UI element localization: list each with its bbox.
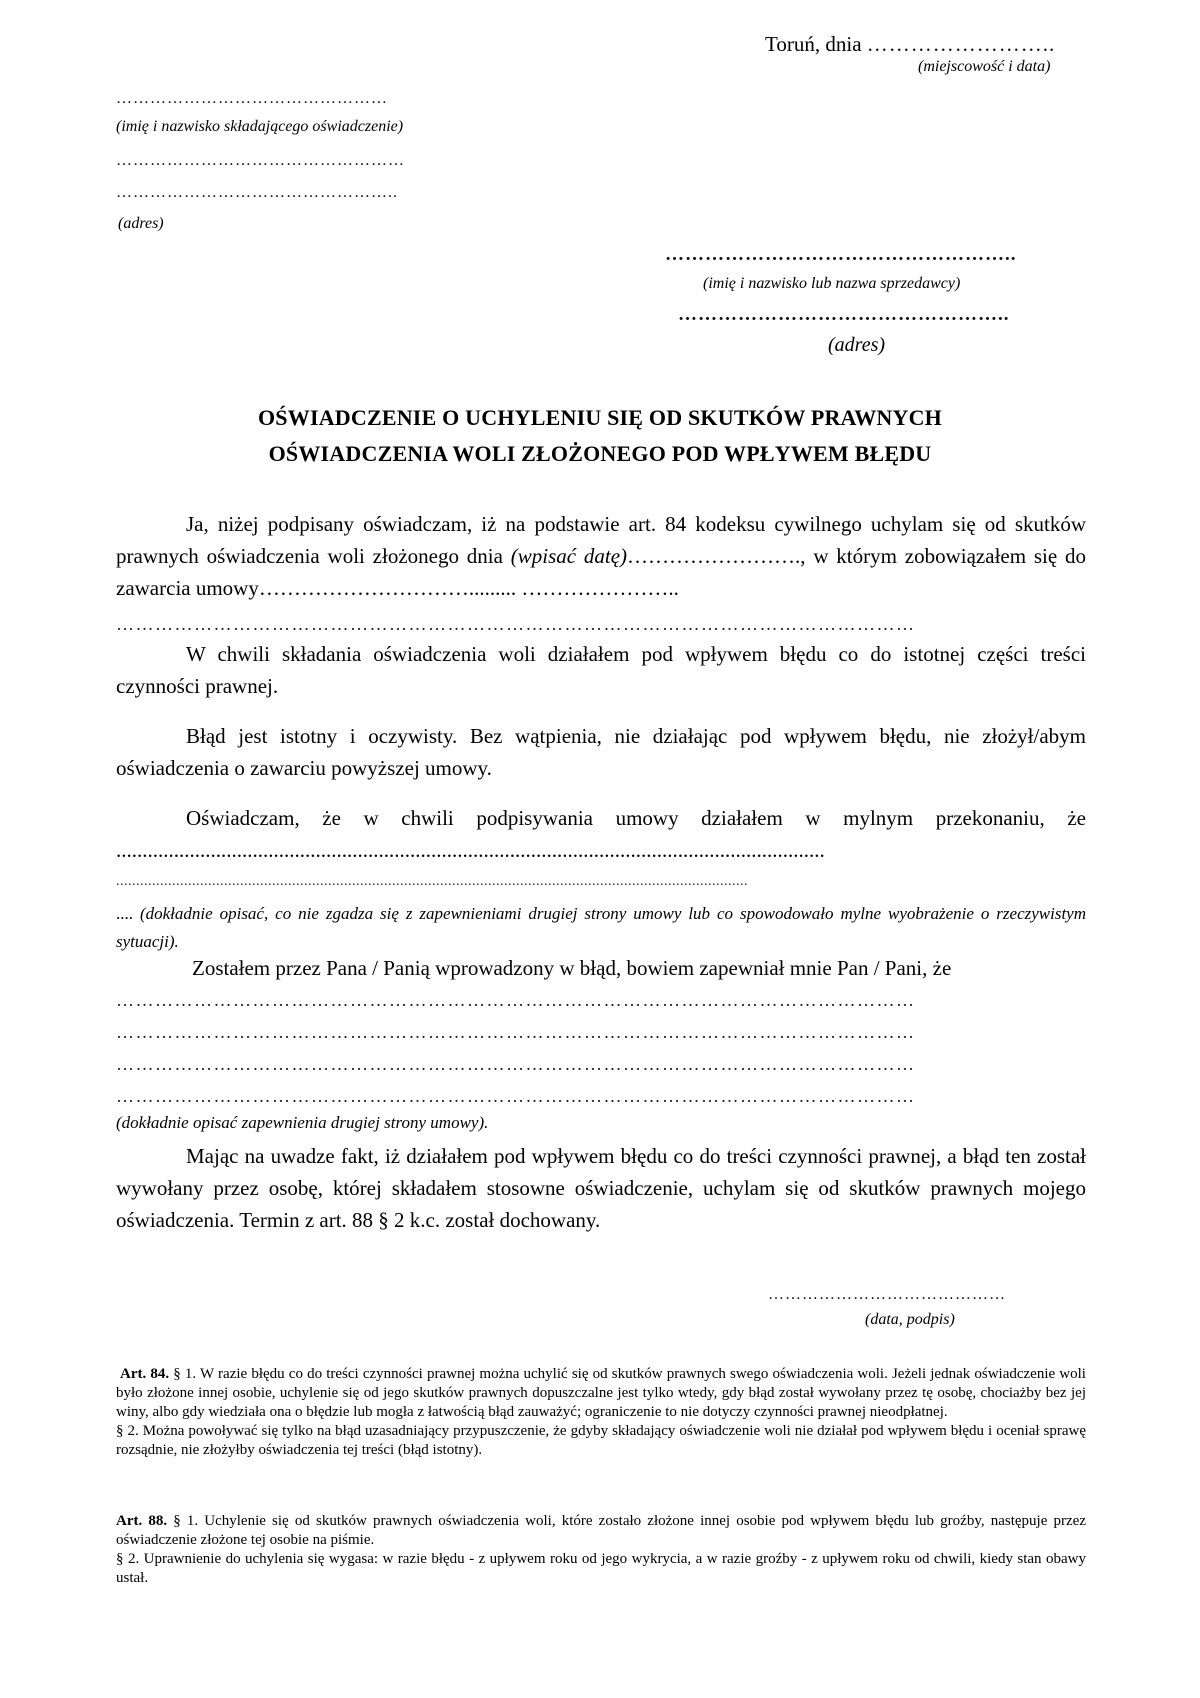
article-84-text: § 1. W razie błędu co do treści czynnośc…: [116, 1366, 1086, 1420]
article-84-label: Art. 84.: [120, 1366, 169, 1382]
declarant-name-caption: (imię i nazwisko składającego oświadczen…: [116, 118, 403, 136]
seller-name-field[interactable]: ……………………………………………..: [665, 244, 1017, 266]
place-date-caption: (miejscowość i data): [918, 58, 1050, 76]
mistaken-belief-fill-line[interactable]: ........................................…: [116, 874, 1086, 890]
article-88-label: Art. 88.: [116, 1513, 167, 1529]
declarant-address-caption: (adres): [118, 215, 164, 233]
law-article-84-p2: § 2. Można powoływać się tylko na błąd u…: [116, 1422, 1086, 1460]
paragraph-conclusion: Mając na uwadze fakt, iż działałem pod w…: [116, 1140, 1086, 1236]
mistaken-belief-hint: .... (dokładnie opisać, co nie zgadza si…: [116, 900, 1086, 956]
seller-name-caption: (imię i nazwisko lub nazwa sprzedawcy): [703, 275, 960, 293]
paragraph-essential-error: Błąd jest istotny i oczywisty. Bez wątpi…: [116, 720, 1086, 784]
assurances-fill-line-3[interactable]: ……………………………………………………………………………………………………………: [116, 1054, 1086, 1075]
hint-text: (dokładnie opisać, co nie zgadza się z z…: [116, 904, 1086, 951]
paragraph-declaration: Ja, niżej podpisany oświadczam, iż na po…: [116, 508, 1086, 604]
article-88-text: § 1. Uchylenie się od skutków prawnych o…: [116, 1513, 1086, 1548]
paragraph-mistaken-belief[interactable]: Oświadczam, że w chwili podpisywania umo…: [116, 802, 1086, 866]
place-date-prefix: Toruń, dnia: [765, 32, 862, 56]
place-date-line: Toruń, dnia ……………………..: [765, 28, 1055, 60]
signature-caption: (data, podpis): [865, 1311, 955, 1329]
document-title-line-1: OŚWIADCZENIE O UCHYLENIU SIĘ OD SKUTKÓW …: [0, 405, 1200, 431]
declarant-name-field[interactable]: …………………………………………: [116, 90, 388, 108]
place-date-field[interactable]: ……………………..: [867, 32, 1056, 56]
law-article-88: Art. 88. § 1. Uchylenie się od skutków p…: [116, 1512, 1086, 1588]
assurances-fill-line-1[interactable]: ……………………………………………………………………………………………………………: [116, 990, 1086, 1011]
law-article-84-p1: Art. 84. § 1. W razie błędu co do treści…: [116, 1365, 1086, 1422]
seller-address-caption: (adres): [828, 334, 885, 357]
assurances-fill-line-4[interactable]: ……………………………………………………………………………………………………………: [116, 1086, 1086, 1107]
law-article-88-p2: § 2. Uprawnienie do uchylenia się wygasa…: [116, 1550, 1086, 1588]
declarant-address-field-1[interactable]: ……………………………………………: [116, 152, 405, 170]
declarant-address-field-2[interactable]: …………………………………………..: [116, 184, 398, 202]
paragraph-error-statement: W chwili składania oświadczenia woli dzi…: [116, 638, 1086, 702]
seller-address-field[interactable]: …………………………………………..: [678, 304, 1010, 326]
law-article-88-p1: Art. 88. § 1. Uchylenie się od skutków p…: [116, 1512, 1086, 1550]
law-article-84: Art. 84. § 1. W razie błędu co do treści…: [116, 1365, 1086, 1460]
hint-prefix-dots: ....: [116, 904, 133, 923]
date-hint: (wpisać datę): [511, 544, 627, 568]
assurances-fill-line-2[interactable]: ……………………………………………………………………………………………………………: [116, 1022, 1086, 1043]
document-title-line-2: OŚWIADCZENIA WOLI ZŁOŻONEGO POD WPŁYWEM …: [0, 441, 1200, 467]
signature-field[interactable]: ……………………………………: [768, 1286, 1006, 1304]
paragraph-assurances: Zostałem przez Pana / Panią wprowadzony …: [116, 952, 1086, 984]
assurances-hint: (dokładnie opisać zapewnienia drugiej st…: [116, 1113, 488, 1133]
contract-fill-line[interactable]: ……………………………………………………………………………………………………………: [116, 614, 1086, 635]
